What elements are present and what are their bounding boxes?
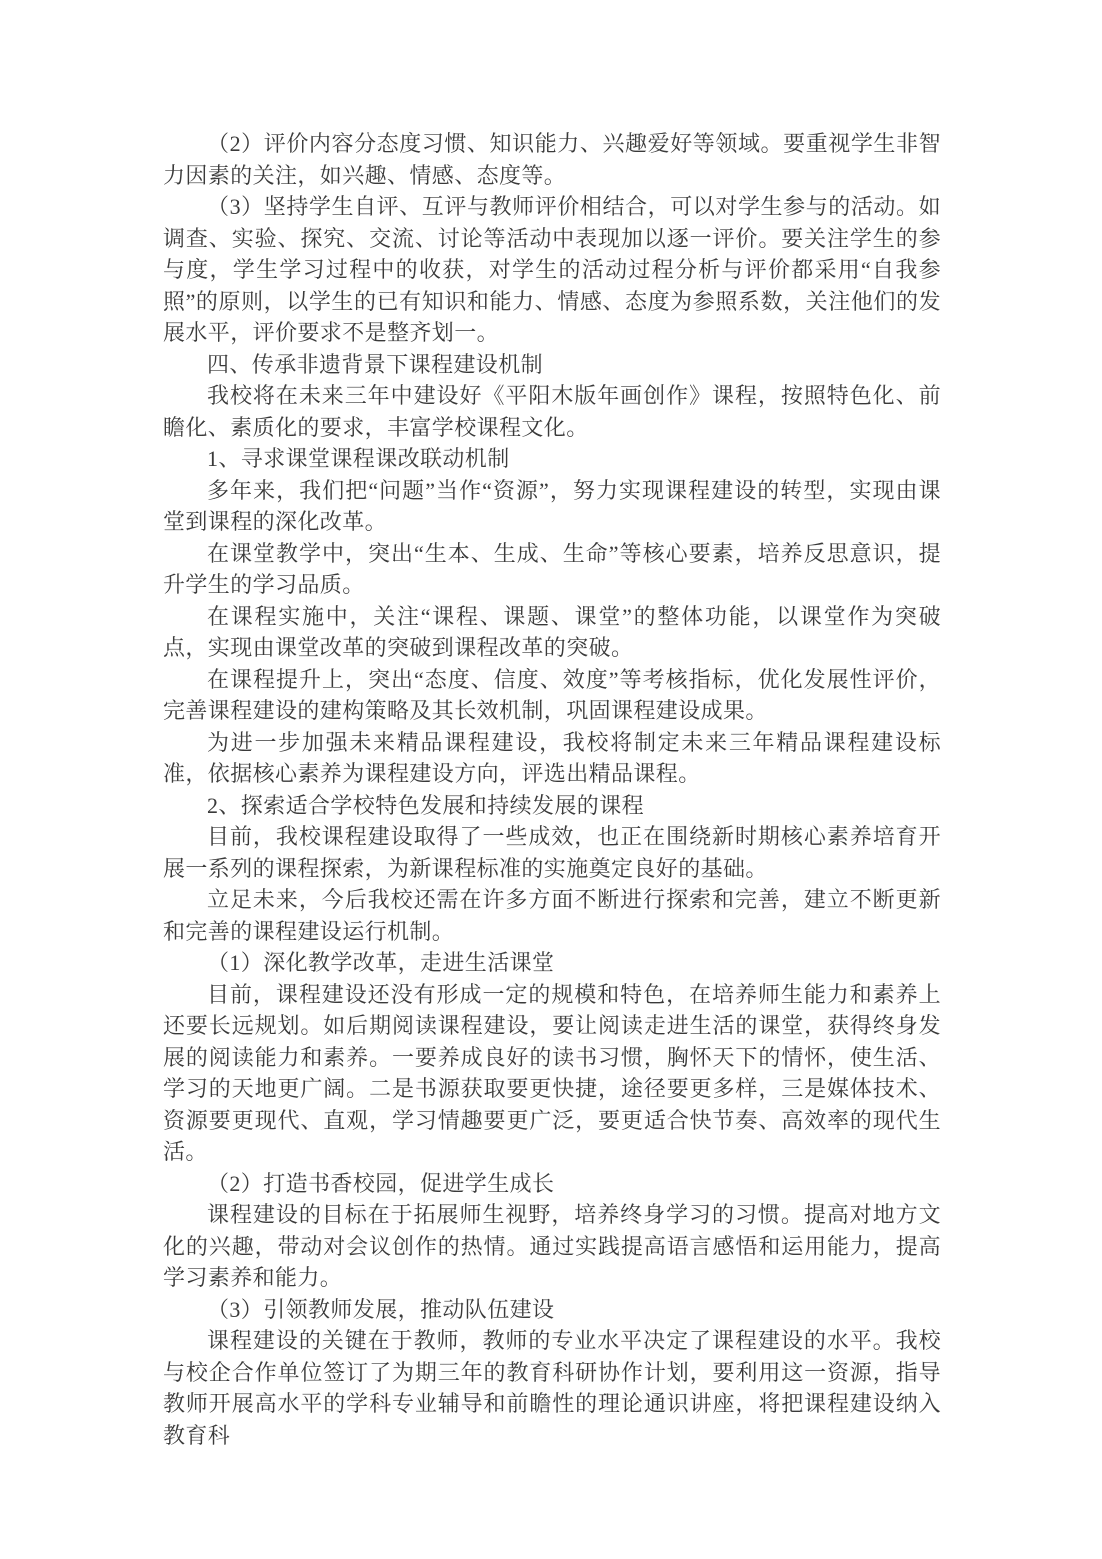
paragraph: 在课程提升上，突出“态度、信度、效度”等考核指标，优化发展性评价，完善课程建设的… xyxy=(163,664,941,727)
paragraph: 课程建设的关键在于教师，教师的专业水平决定了课程建设的水平。我校与校企合作单位签… xyxy=(163,1325,941,1451)
paragraph: （3）坚持学生自评、互评与教师评价相结合，可以对学生参与的活动。如调查、实验、探… xyxy=(163,191,941,349)
section-heading: 2、探索适合学校特色发展和持续发展的课程 xyxy=(163,790,941,822)
paragraph: 课程建设的目标在于拓展师生视野，培养终身学习的习惯。提高对地方文化的兴趣，带动对… xyxy=(163,1199,941,1294)
section-heading: （2）打造书香校园，促进学生成长 xyxy=(163,1168,941,1200)
paragraph: 立足未来，今后我校还需在许多方面不断进行探索和完善，建立不断更新和完善的课程建设… xyxy=(163,884,941,947)
paragraph: （2）评价内容分态度习惯、知识能力、兴趣爱好等领域。要重视学生非智力因素的关注，… xyxy=(163,128,941,191)
section-heading: 1、寻求课堂课程课改联动机制 xyxy=(163,443,941,475)
section-heading: （1）深化教学改革，走进生活课堂 xyxy=(163,947,941,979)
paragraph: 多年来，我们把“问题”当作“资源”，努力实现课程建设的转型，实现由课堂到课程的深… xyxy=(163,475,941,538)
paragraph: 我校将在未来三年中建设好《平阳木版年画创作》课程，按照特色化、前瞻化、素质化的要… xyxy=(163,380,941,443)
document-content: （2）评价内容分态度习惯、知识能力、兴趣爱好等领域。要重视学生非智力因素的关注，… xyxy=(163,128,941,1451)
paragraph: 目前，我校课程建设取得了一些成效，也正在围绕新时期核心素养培育开展一系列的课程探… xyxy=(163,821,941,884)
document-page: （2）评价内容分态度习惯、知识能力、兴趣爱好等领域。要重视学生非智力因素的关注，… xyxy=(0,0,1102,1559)
paragraph: 在课堂教学中，突出“生本、生成、生命”等核心要素，培养反思意识，提升学生的学习品… xyxy=(163,538,941,601)
paragraph: 为进一步加强未来精品课程建设，我校将制定未来三年精品课程建设标准，依据核心素养为… xyxy=(163,727,941,790)
section-heading: 四、传承非遗背景下课程建设机制 xyxy=(163,349,941,381)
paragraph: 在课程实施中，关注“课程、课题、课堂”的整体功能，以课堂作为突破点，实现由课堂改… xyxy=(163,601,941,664)
paragraph: 目前，课程建设还没有形成一定的规模和特色，在培养师生能力和素养上还要长远规划。如… xyxy=(163,979,941,1168)
section-heading: （3）引领教师发展，推动队伍建设 xyxy=(163,1294,941,1326)
